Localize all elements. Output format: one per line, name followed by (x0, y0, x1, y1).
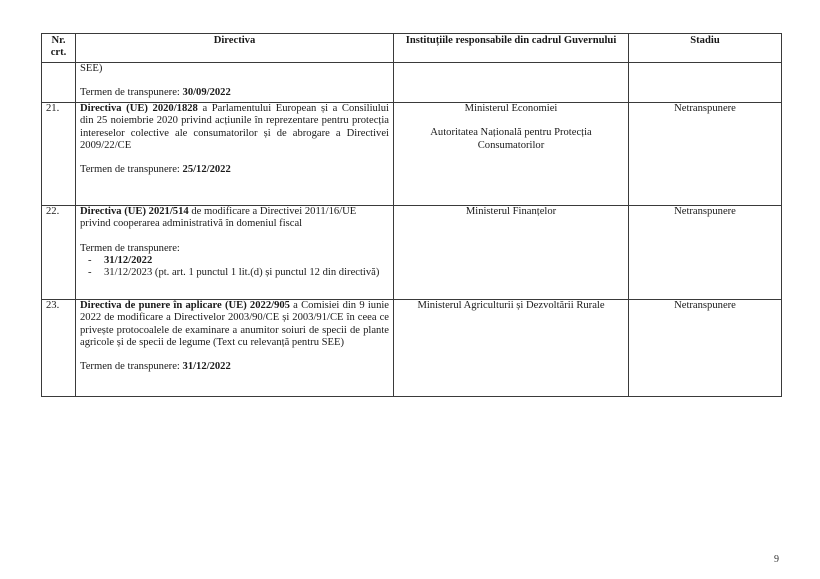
termen-item: 31/12/2022 (104, 255, 389, 267)
cell-directiva: SEE) Termen de transpunere: 30/09/2022 (76, 63, 394, 103)
cell-stadiu: Netranspunere (629, 103, 782, 206)
cell-nr (42, 63, 76, 103)
document-page: Nr. crt. Directiva Instituțiile responsa… (0, 0, 820, 579)
institutie: Ministerul Finanțelor (398, 206, 624, 218)
termen-list: 31/12/2022 31/12/2023 (pt. art. 1 punctu… (80, 255, 389, 280)
table-header-row: Nr. crt. Directiva Instituțiile responsa… (42, 34, 782, 63)
directive-title: Directiva (UE) 2021/514 (80, 206, 189, 217)
cell-directiva: Directiva (UE) 2020/1828 a Parlamentului… (76, 103, 394, 206)
cell-nr: 22. (42, 206, 76, 300)
cell-institutii: Ministerul Agriculturii și Dezvoltării R… (394, 300, 629, 397)
directive-text: Directiva de punere în aplicare (UE) 202… (80, 300, 389, 349)
header-directiva: Directiva (76, 34, 394, 63)
cell-stadiu (629, 63, 782, 103)
table-row: 21. Directiva (UE) 2020/1828 a Parlament… (42, 103, 782, 206)
cell-directiva: Directiva de punere în aplicare (UE) 202… (76, 300, 394, 397)
institutie: Autoritatea Națională pentru Protecția C… (398, 127, 624, 152)
cell-institutii: Ministerul Finanțelor (394, 206, 629, 300)
termen: Termen de transpunere: 31/12/2022 (80, 361, 389, 373)
cell-institutii (394, 63, 629, 103)
cell-directiva: Directiva (UE) 2021/514 de modificare a … (76, 206, 394, 300)
termen-item: 31/12/2023 (pt. art. 1 punctul 1 lit.(d)… (104, 267, 389, 279)
header-nr: Nr. crt. (42, 34, 76, 63)
cell-nr: 21. (42, 103, 76, 206)
termen-date: 30/09/2022 (183, 87, 231, 98)
cell-nr: 23. (42, 300, 76, 397)
institutie: Ministerul Economiei (398, 103, 624, 115)
termen-label: Termen de transpunere: (80, 243, 389, 255)
cell-institutii: Ministerul Economiei Autoritatea Naționa… (394, 103, 629, 206)
institutie: Ministerul Agriculturii și Dezvoltării R… (398, 300, 624, 312)
directive-text: SEE) (80, 63, 389, 75)
directive-title: Directiva (UE) 2020/1828 (80, 103, 198, 114)
termen: Termen de transpunere: 30/09/2022 (80, 87, 389, 99)
table-row-continuation: SEE) Termen de transpunere: 30/09/2022 (42, 63, 782, 103)
termen: Termen de transpunere: 25/12/2022 (80, 164, 389, 176)
termen-date: 31/12/2022 (183, 361, 231, 372)
termen-date: 25/12/2022 (183, 164, 231, 175)
page-number: 9 (774, 554, 779, 565)
table-row: 23. Directiva de punere în aplicare (UE)… (42, 300, 782, 397)
header-institutii: Instituțiile responsabile din cadrul Guv… (394, 34, 629, 63)
directive-title: Directiva de punere în aplicare (UE) 202… (80, 300, 290, 311)
directive-text: Directiva (UE) 2021/514 de modificare a … (80, 206, 389, 231)
cell-stadiu: Netranspunere (629, 300, 782, 397)
directive-text: Directiva (UE) 2020/1828 a Parlamentului… (80, 103, 389, 152)
table-row: 22. Directiva (UE) 2021/514 de modificar… (42, 206, 782, 300)
cell-stadiu: Netranspunere (629, 206, 782, 300)
header-stadiu: Stadiu (629, 34, 782, 63)
directives-table: Nr. crt. Directiva Instituțiile responsa… (41, 33, 782, 397)
